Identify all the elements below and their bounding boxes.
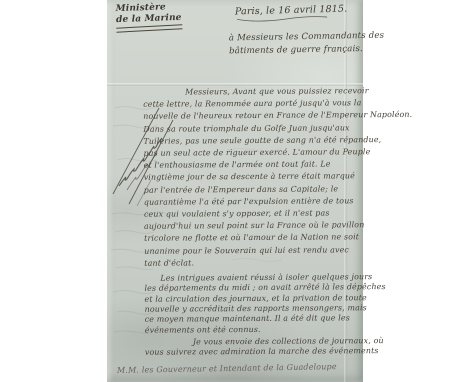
recipient-block: à Messieurs les Commandants des bâtiment… — [229, 30, 385, 59]
ministry-heading-line1: Ministère — [116, 2, 166, 14]
letter-line: nouvelle de l'heureux retour en France d… — [143, 110, 357, 124]
letter-paper: Ministère de la Marine Paris, le 16 avri… — [107, 0, 363, 382]
letter-line: événements ont été connus. — [145, 324, 359, 336]
heading-underline — [116, 24, 182, 32]
letter-body: Messieurs, Avant que vous puissiez recev… — [143, 85, 359, 358]
letter-line: tricolore ne flotte et où l'amour de la … — [144, 232, 358, 246]
ministry-heading-line2: de la Marine — [116, 13, 182, 25]
letter-line: unanime pour le Souverain qui lui est re… — [144, 244, 358, 258]
letter-line: tant d'éclat. — [144, 256, 358, 270]
paragraph-2: Les intrigues avaient réussi à isoler qu… — [144, 272, 358, 335]
letter-photograph: Ministère de la Marine Paris, le 16 avri… — [0, 0, 468, 382]
ministry-heading: Ministère de la Marine — [116, 2, 183, 32]
docket-line: M.M. les Gouverneur et Intendant de la G… — [117, 362, 337, 375]
dateline: Paris, le 16 avril 1815. — [235, 4, 348, 23]
letter-line: ce moyen manque maintenant. Il a été dit… — [145, 313, 359, 325]
recipient-line2: bâtiments de guerre français. — [229, 43, 384, 59]
letter-line: vingtième jour de sa descente à terre ét… — [144, 171, 358, 185]
letter-line: vous suivrez avec admiration la marche d… — [145, 346, 359, 358]
paragraph-1: Messieurs, Avant que vous puissiez recev… — [143, 85, 358, 270]
docket-text: M.M. les Gouverneur et Intendant de la G… — [117, 362, 337, 375]
paragraph-3: Je vous envoie des collections de journa… — [145, 336, 359, 358]
